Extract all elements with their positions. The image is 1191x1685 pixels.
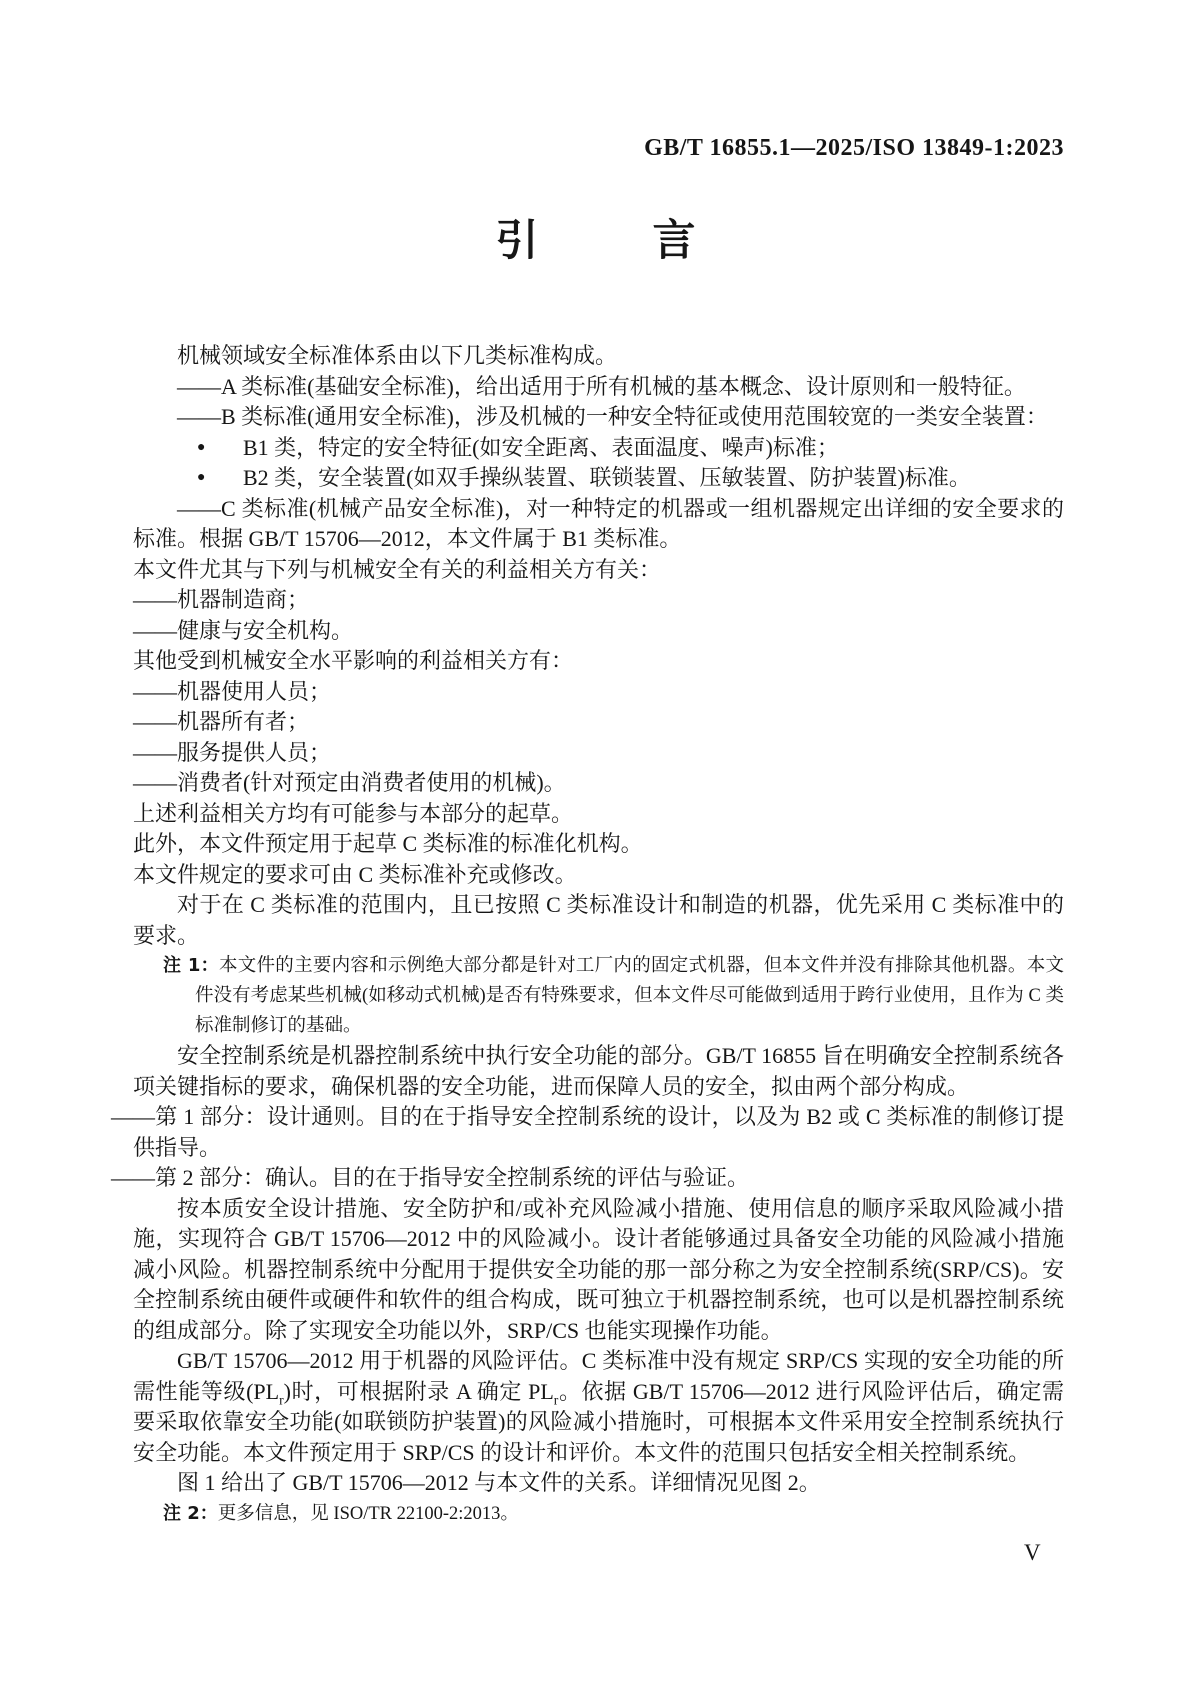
paragraph-other-stakeholders: 其他受到机械安全水平影响的利益相关方有：	[133, 646, 1064, 677]
dash-item-part-2: ——第 2 部分：确认。目的在于指导安全控制系统的评估与验证。	[133, 1163, 1064, 1194]
dash-item-part-1: ——第 1 部分：设计通则。目的在于指导安全控制系统的设计，以及为 B2 或 C…	[133, 1102, 1064, 1163]
bullet-item-b1-text: B1 类，特定的安全特征(如安全距离、表面温度、噪声)标准；	[243, 433, 1064, 464]
note-2: 注 2：更多信息，见 ISO/TR 22100-2:2013。	[133, 1499, 1064, 1529]
dash-item-class-b: ——B 类标准(通用安全标准)，涉及机械的一种安全特征或使用范围较宽的一类安全装…	[133, 402, 1064, 433]
paragraph-risk-assessment: GB/T 15706—2012 用于机器的风险评估。C 类标准中没有规定 SRP…	[133, 1346, 1064, 1468]
bullet-marker: ●	[197, 463, 243, 494]
dash-item-class-c: ——C 类标准(机械产品安全标准)，对一种特定的机器或一组机器规定出详细的安全要…	[133, 494, 1064, 555]
page-number: V	[1024, 1540, 1041, 1566]
dash-item-service-providers: ——服务提供人员；	[133, 738, 1064, 769]
dash-item-class-a: ——A 类标准(基础安全标准)，给出适用于所有机械的基本概念、设计原则和一般特征…	[133, 372, 1064, 403]
note-1-text: 本文件的主要内容和示例绝大部分都是针对工厂内的固定式机器，但本文件并没有排除其他…	[195, 956, 1064, 1036]
paragraph-intro: 机械领域安全标准体系由以下几类标准构成。	[133, 341, 1064, 372]
introduction-body: 机械领域安全标准体系由以下几类标准构成。 ——A 类标准(基础安全标准)，给出适…	[133, 341, 1064, 1529]
dash-item-consumers: ——消费者(针对预定由消费者使用的机械)。	[133, 768, 1064, 799]
dash-item-machine-users: ——机器使用人员；	[133, 677, 1064, 708]
document-page: GB/T 16855.1—2025/ISO 13849-1:2023 引 言 机…	[0, 0, 1191, 1685]
paragraph-stakeholders: 本文件尤其与下列与机械安全有关的利益相关方有关：	[133, 555, 1064, 586]
note-2-label: 注 2：	[163, 1503, 218, 1524]
title-char-1: 引	[496, 218, 539, 265]
dash-item-manufacturers: ——机器制造商；	[133, 585, 1064, 616]
paragraph-risk-reduction: 按本质安全设计措施、安全防护和/或补充风险减小措施、使用信息的顺序采取风险减小措…	[133, 1194, 1064, 1347]
paragraph-requirements-modified: 本文件规定的要求可由 C 类标准补充或修改。	[133, 860, 1064, 891]
paragraph-type-c-priority: 对于在 C 类标准的范围内，且已按照 C 类标准设计和制造的机器，优先采用 C …	[133, 890, 1064, 951]
bullet-item-b2-text: B2 类，安全装置(如双手操纵装置、联锁装置、压敏装置、防护装置)标准。	[243, 463, 1064, 494]
paragraph-safety-control-system: 安全控制系统是机器控制系统中执行安全功能的部分。GB/T 16855 旨在明确安…	[133, 1041, 1064, 1102]
paragraph-risk-assessment-seg-2: )时，可根据附录 A 确定 PL	[284, 1379, 554, 1404]
dash-item-health-safety: ——健康与安全机构。	[133, 616, 1064, 647]
paragraph-drafting: 上述利益相关方均有可能参与本部分的起草。	[133, 799, 1064, 830]
bullet-item-b2: ● B2 类，安全装置(如双手操纵装置、联锁装置、压敏装置、防护装置)标准。	[133, 463, 1064, 494]
standard-number-header: GB/T 16855.1—2025/ISO 13849-1:2023	[644, 135, 1064, 162]
title-char-2: 言	[653, 218, 696, 265]
note-2-text: 更多信息，见 ISO/TR 22100-2:2013。	[218, 1504, 519, 1524]
page-title: 引 言	[0, 218, 1191, 265]
bullet-item-b1: ● B1 类，特定的安全特征(如安全距离、表面温度、噪声)标准；	[133, 433, 1064, 464]
paragraph-type-c-bodies: 此外，本文件预定用于起草 C 类标准的标准化机构。	[133, 829, 1064, 860]
paragraph-figure-reference: 图 1 给出了 GB/T 15706—2012 与本文件的关系。详细情况见图 2…	[133, 1468, 1064, 1499]
dash-item-machine-owners: ——机器所有者；	[133, 707, 1064, 738]
note-1-label: 注 1：	[163, 955, 219, 976]
bullet-marker: ●	[197, 433, 243, 464]
note-1: 注 1：本文件的主要内容和示例绝大部分都是针对工厂内的固定式机器，但本文件并没有…	[133, 951, 1064, 1041]
